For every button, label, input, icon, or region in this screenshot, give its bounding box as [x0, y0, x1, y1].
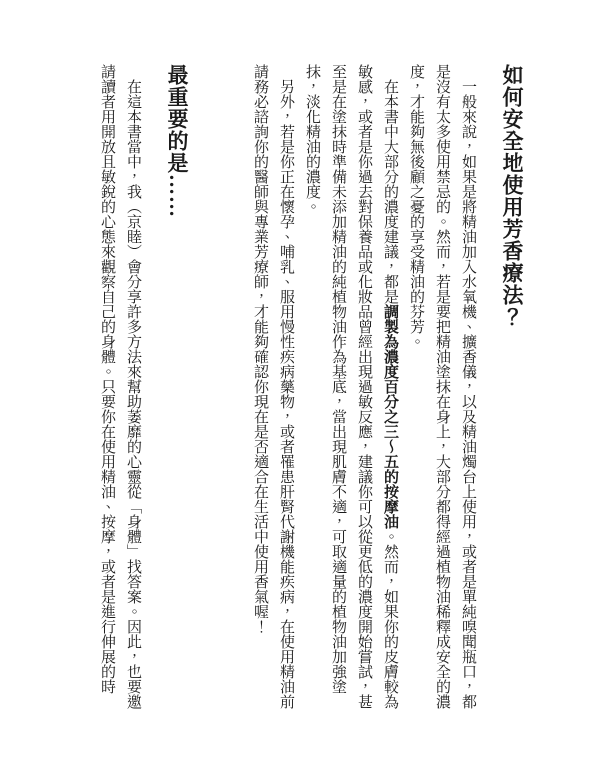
book-page: 如何安全地使用芳香療法？ 一般來說，如果是將精油加入水氧機、擴香儀，以及精油燭台… [0, 0, 600, 777]
text-run: 在這本書當中，我（京睦）會分享許多方法來幫助萎靡的心靈從「身體」找答案。因此，也… [99, 64, 141, 709]
paragraph: 一般來說，如果是將精油加入水氧機、擴香儀，以及精油燭台上使用，或者是單純嗅聞瓶口… [403, 64, 481, 712]
section-title: 最重要的是…… [159, 64, 195, 712]
vertical-text-flow: 如何安全地使用芳香療法？ 一般來說，如果是將精油加入水氧機、擴香儀，以及精油燭台… [30, 64, 530, 712]
paragraph: 在本書中大部分的濃度建議，都是調製為濃度百分之三～五的按摩油。然而，如果你的皮膚… [299, 64, 403, 712]
text-run: 調製為濃度百分之三～五的按摩油 [382, 304, 398, 529]
text-run: 另外，若是你正在懷孕、哺乳、服用慢性疾病藥物，或者罹患肝腎代謝機能疾病，在使用精… [252, 64, 294, 709]
paragraph: 另外，若是你正在懷孕、哺乳、服用慢性疾病藥物，或者罹患肝腎代謝機能疾病，在使用精… [247, 64, 299, 712]
section: 如何安全地使用芳香療法？ 一般來說，如果是將精油加入水氧機、擴香儀，以及精油燭台… [247, 64, 530, 712]
text-run: 在本書中大部分的濃度建議，都是 [382, 79, 398, 304]
section: 最重要的是…… 在這本書當中，我（京睦）會分享許多方法來幫助萎靡的心靈從「身體」… [94, 64, 195, 712]
text-run: 一般來說，如果是將精油加入水氧機、擴香儀，以及精油燭台上使用，或者是單純嗅聞瓶口… [408, 64, 476, 709]
paragraph: 在這本書當中，我（京睦）會分享許多方法來幫助萎靡的心靈從「身體」找答案。因此，也… [94, 64, 146, 712]
section-title: 如何安全地使用芳香療法？ [494, 64, 530, 712]
